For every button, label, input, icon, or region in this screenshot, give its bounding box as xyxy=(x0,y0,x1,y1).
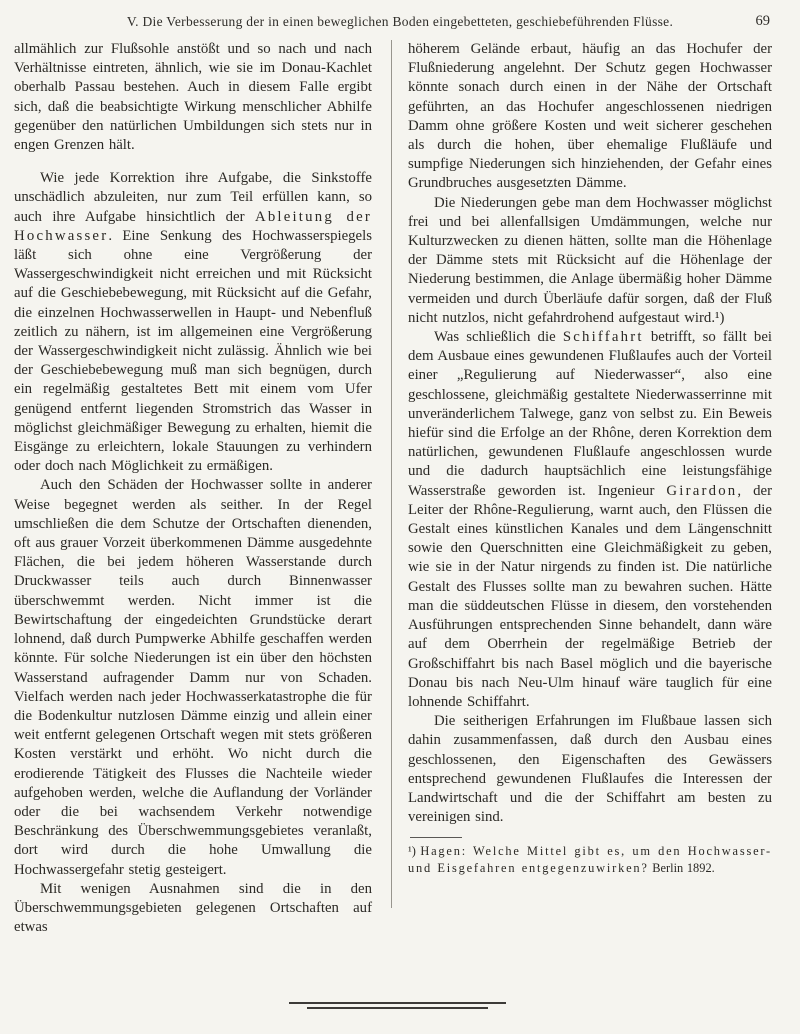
book-page: V. Die Verbesserung der in einen bewegli… xyxy=(0,0,800,1034)
paragraph: Wie jede Korrektion ihre Aufgabe, die Si… xyxy=(14,169,372,476)
text-run: betrifft, so fällt bei dem Ausbaue eines… xyxy=(408,329,772,499)
text-run: Die seitherigen Erfahrungen im Flußbaue … xyxy=(408,713,772,825)
paragraph: allmählich zur Flußsohle anstößt und so … xyxy=(14,40,372,155)
letterspaced-emphasis-text: Schiffahrt xyxy=(563,329,644,345)
paragraph: Die Niederungen gebe man dem Hochwasser … xyxy=(408,194,772,328)
text-run: Auch den Schäden der Hochwasser sollte i… xyxy=(14,477,372,877)
left-column: allmählich zur Flußsohle anstößt und so … xyxy=(14,40,372,937)
column-divider-rule xyxy=(391,40,392,908)
text-run: Mit wenigen Ausnahmen sind die in den Üb… xyxy=(14,881,372,935)
text-run: Die Niederungen gebe man dem Hochwasser … xyxy=(408,195,772,326)
right-column: höherem Gelände erbaut, häufig an das Ho… xyxy=(408,40,772,937)
two-column-text-block: allmählich zur Flußsohle anstößt und so … xyxy=(14,40,772,937)
text-run: Berlin 1892. xyxy=(649,861,715,875)
right-column-body: höherem Gelände erbaut, häufig an das Ho… xyxy=(408,40,772,827)
text-run: höherem Gelände erbaut, häufig an das Ho… xyxy=(408,41,772,191)
paragraph: Die seitherigen Erfahrungen im Flußbaue … xyxy=(408,712,772,827)
paragraph: Mit wenigen Ausnahmen sind die in den Üb… xyxy=(14,880,372,938)
footnote: ¹) Hagen: Welche Mittel gibt es, um den … xyxy=(408,843,772,876)
end-of-chapter-rule xyxy=(289,1002,506,1009)
letterspaced-emphasis-text: Girardon xyxy=(666,483,737,499)
text-run: , der Leiter der Rhône-Regulierung, warn… xyxy=(408,483,772,710)
page-number: 69 xyxy=(756,13,771,30)
end-rule-top-line xyxy=(289,1002,506,1004)
text-run: Was schließlich die xyxy=(434,329,563,345)
paragraph: höherem Gelände erbaut, häufig an das Ho… xyxy=(408,40,772,194)
text-run: ¹) xyxy=(408,844,420,858)
paragraph: Was schließlich die Schiffahrt betrifft,… xyxy=(408,328,772,712)
paragraph: Auch den Schäden der Hochwasser sollte i… xyxy=(14,476,372,879)
text-run: . Eine Senkung des Hochwasserspiegels lä… xyxy=(14,228,372,474)
letterspaced-emphasis-text: Hagen: Welche Mittel gibt es, um den Hoc… xyxy=(408,844,772,875)
text-run: allmählich zur Flußsohle anstößt und so … xyxy=(14,41,372,153)
end-rule-bottom-line xyxy=(307,1007,488,1009)
running-header-title: V. Die Verbesserung der in einen bewegli… xyxy=(0,14,800,30)
footnote-separator-rule xyxy=(410,837,462,838)
